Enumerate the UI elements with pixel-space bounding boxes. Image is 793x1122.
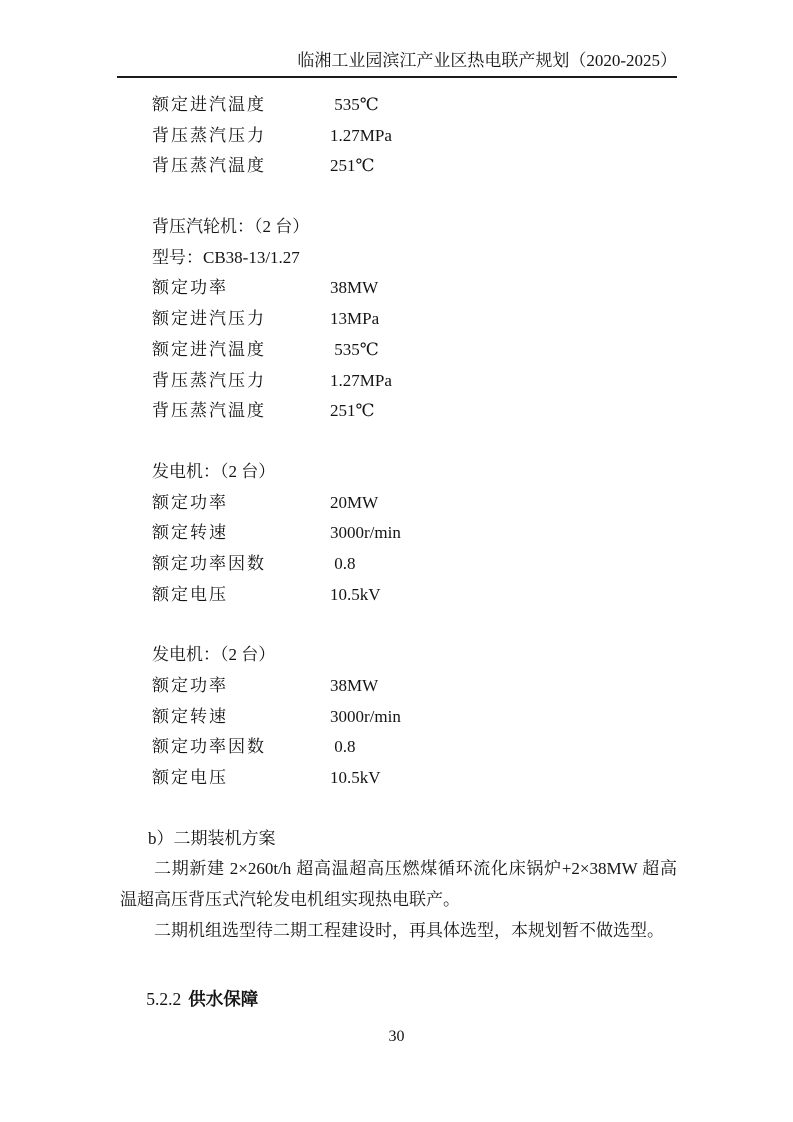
spec-row-label: 额定转速	[152, 702, 330, 733]
document-body: 额定进汽温度 535℃背压蒸汽压力1.27MPa背压蒸汽温度251℃背压汽轮机：…	[120, 90, 677, 984]
spec-row-value: 10.5kV	[330, 768, 381, 787]
spec-row: 背压蒸汽压力1.27MPa	[120, 366, 677, 397]
spec-row-value: 535℃	[330, 340, 379, 359]
spec-row-label: 额定功率	[152, 273, 330, 304]
spec-row: 额定功率20MW	[120, 488, 677, 519]
spec-row: 额定电压10.5kV	[120, 763, 677, 794]
spec-row-label: 额定进汽温度	[152, 90, 330, 121]
spec-row-label: 额定功率因数	[152, 732, 330, 763]
spec-row-value: 20MW	[330, 493, 378, 512]
spec-group-heading: 型号：CB38-13/1.27	[120, 243, 677, 274]
spec-row-label: 额定转速	[152, 518, 330, 549]
header-title: 临湘工业园滨江产业区热电联产规划（2020-2025）	[297, 51, 677, 70]
page-footer: 30	[0, 1028, 793, 1046]
spec-gap	[120, 427, 677, 457]
spec-row-label: 背压蒸汽压力	[152, 366, 330, 397]
page-header: 临湘工业园滨江产业区热电联产规划（2020-2025）	[117, 50, 677, 78]
spec-gap	[120, 610, 677, 640]
spec-row: 额定电压10.5kV	[120, 580, 677, 611]
spec-row: 额定功率38MW	[120, 671, 677, 702]
spec-gap	[120, 794, 677, 824]
spec-row-value: 1.27MPa	[330, 126, 392, 145]
spec-row-value: 10.5kV	[330, 585, 381, 604]
spec-group-heading: 发电机：（2 台）	[120, 457, 677, 488]
spec-row: 额定转速3000r/min	[120, 702, 677, 733]
spec-row-label: 额定功率	[152, 488, 330, 519]
spec-row-value: 535℃	[330, 95, 379, 114]
spec-row: 额定功率因数 0.8	[120, 549, 677, 580]
paragraph-phase2-build: 二期新建 2×260t/h 超高温超高压燃煤循环流化床锅炉+2×38MW 超高温…	[120, 854, 677, 915]
spec-row-label: 额定进汽温度	[152, 335, 330, 366]
spec-gap	[120, 182, 677, 212]
spec-row: 额定进汽压力13MPa	[120, 304, 677, 335]
spec-row-value: 0.8	[330, 554, 356, 573]
spec-row-label: 额定电压	[152, 763, 330, 794]
spec-row-value: 3000r/min	[330, 523, 401, 542]
spec-row: 额定功率因数 0.8	[120, 732, 677, 763]
spec-row-label: 额定电压	[152, 580, 330, 611]
document-page: 临湘工业园滨江产业区热电联产规划（2020-2025） 额定进汽温度 535℃背…	[0, 0, 793, 1122]
spec-row-label: 额定进汽压力	[152, 304, 330, 335]
section-heading: 5.2.2供水保障	[120, 954, 677, 985]
spec-row-value: 38MW	[330, 278, 378, 297]
section-number: 5.2.2	[146, 989, 181, 1009]
spec-group-heading: 背压汽轮机：（2 台）	[120, 212, 677, 243]
spec-row-value: 13MPa	[330, 309, 379, 328]
section-title: 供水保障	[188, 989, 258, 1009]
spec-row-value: 0.8	[330, 737, 356, 756]
spec-row: 额定进汽温度 535℃	[120, 90, 677, 121]
spec-group-heading: 发电机：（2 台）	[120, 640, 677, 671]
page-number: 30	[389, 1028, 405, 1045]
spec-row-value: 3000r/min	[330, 707, 401, 726]
spec-row-label: 额定功率因数	[152, 549, 330, 580]
spec-row-label: 背压蒸汽温度	[152, 396, 330, 427]
spec-lines: 额定进汽温度 535℃背压蒸汽压力1.27MPa背压蒸汽温度251℃背压汽轮机：…	[120, 90, 677, 824]
spec-row-value: 251℃	[330, 401, 375, 420]
spec-row: 额定进汽温度 535℃	[120, 335, 677, 366]
spec-row: 额定功率38MW	[120, 273, 677, 304]
paragraph-phase2-selection: 二期机组选型待二期工程建设时，再具体选型，本规划暂不做选型。	[120, 916, 677, 947]
spec-row: 背压蒸汽温度251℃	[120, 151, 677, 182]
spec-row-value: 38MW	[330, 676, 378, 695]
spec-row-value: 1.27MPa	[330, 371, 392, 390]
subsection-heading: b）二期装机方案	[120, 824, 677, 855]
spec-row: 背压蒸汽压力1.27MPa	[120, 121, 677, 152]
spec-row: 背压蒸汽温度251℃	[120, 396, 677, 427]
spec-row-label: 背压蒸汽温度	[152, 151, 330, 182]
spec-row-value: 251℃	[330, 156, 375, 175]
spec-row-label: 额定功率	[152, 671, 330, 702]
spec-row-label: 背压蒸汽压力	[152, 121, 330, 152]
spec-row: 额定转速3000r/min	[120, 518, 677, 549]
